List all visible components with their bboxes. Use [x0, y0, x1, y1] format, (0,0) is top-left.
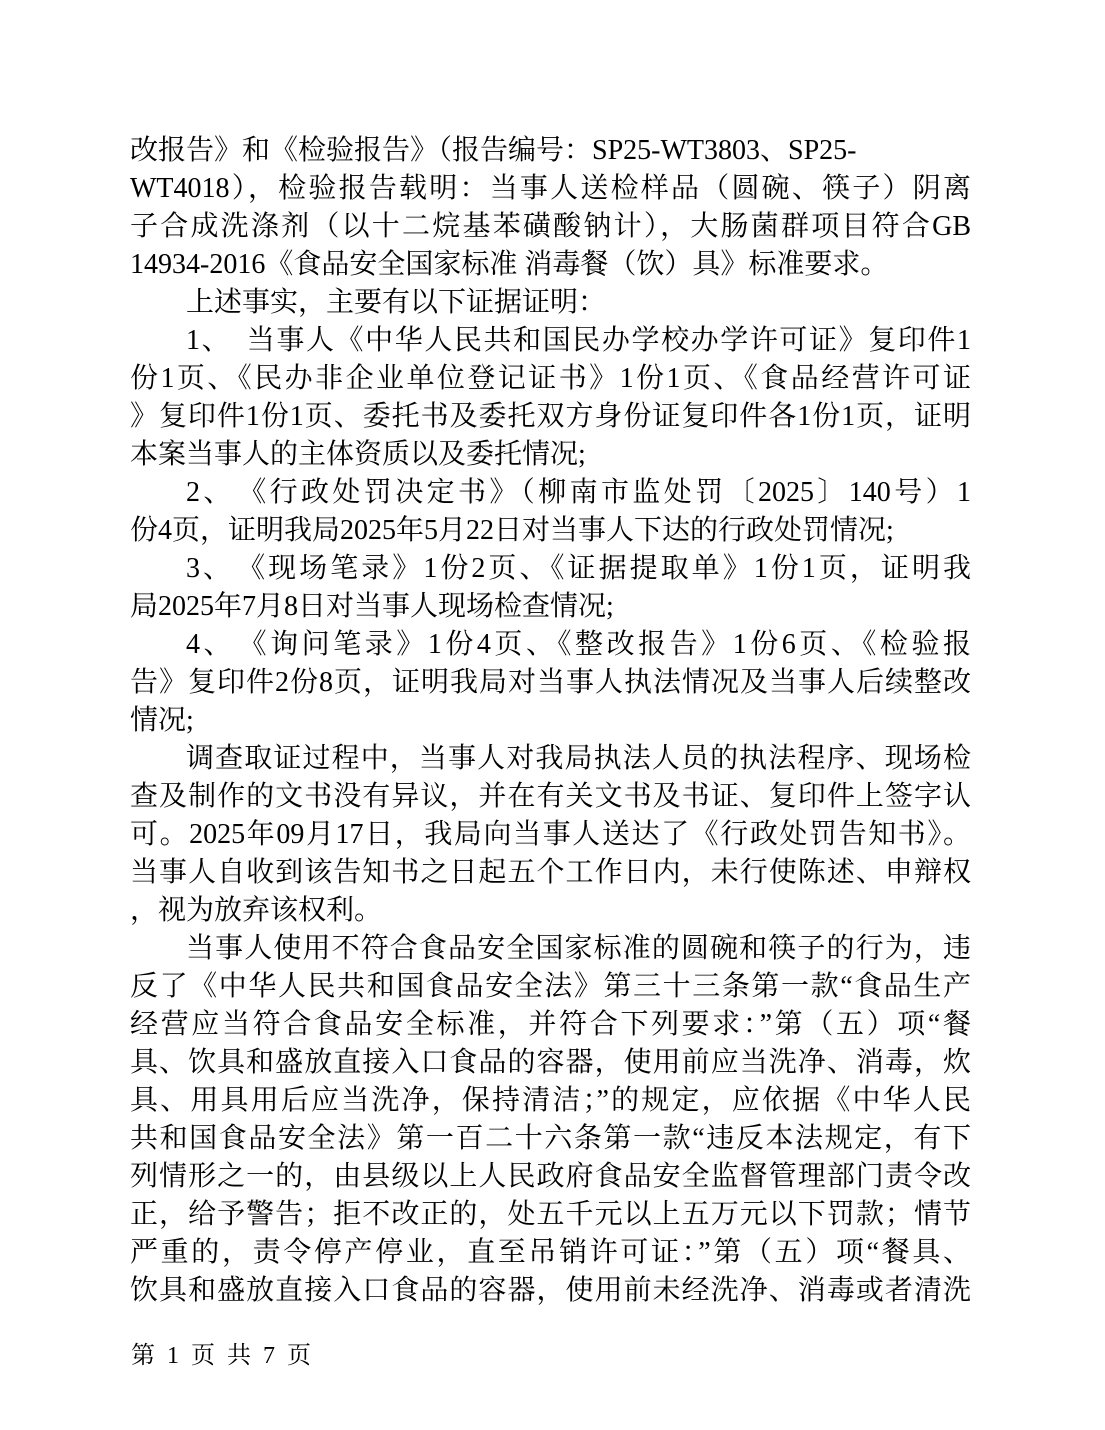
- text-line: 反了《中华人民共和国食品安全法》第三十三条第一款“食品生产: [130, 968, 971, 1006]
- paragraph: 4、 《询问笔录》1份4页、《整改报告》1份6页、《检验报告》复印件2份8页，证…: [130, 626, 971, 740]
- text-line: 经营应当符合食品安全标准，并符合下列要求：”第（五）项“餐: [130, 1006, 971, 1044]
- text-line: 当事人使用不符合食品安全国家标准的圆碗和筷子的行为，违: [130, 930, 971, 968]
- text-line: 具、用具用后应当洗净，保持清洁；”的规定，应依据《中华人民: [130, 1082, 971, 1120]
- paragraph: 3、 《现场笔录》1份2页、《证据提取单》1份1页，证明我局2025年7月8日对…: [130, 550, 971, 626]
- paragraph: 调查取证过程中，当事人对我局执法人员的执法程序、现场检查及制作的文书没有异议，并…: [130, 740, 971, 930]
- text-line: 4、 《询问笔录》1份4页、《整改报告》1份6页、《检验报: [130, 626, 971, 664]
- text-line: 3、 《现场笔录》1份2页、《证据提取单》1份1页，证明我: [130, 550, 971, 588]
- text-line: 上述事实，主要有以下证据证明：: [130, 284, 971, 322]
- text-line: 1、 当事人《中华人民共和国民办学校办学许可证》复印件1: [130, 322, 971, 360]
- text-line: 列情形之一的，由县级以上人民政府食品安全监督管理部门责令改: [130, 1158, 971, 1196]
- text-line: 查及制作的文书没有异议，并在有关文书及书证、复印件上签字认: [130, 778, 971, 816]
- text-line: 本案当事人的主体资质以及委托情况;: [130, 436, 971, 474]
- document-page: 改报告》和《检验报告》（报告编号：SP25-WT3803、SP25-WT4018…: [0, 0, 1105, 1430]
- text-line: 具、饮具和盛放直接入口食品的容器，使用前应当洗净、消毒，炊: [130, 1044, 971, 1082]
- paragraph: 改报告》和《检验报告》（报告编号：SP25-WT3803、SP25-WT4018…: [130, 132, 971, 284]
- text-line: 告》复印件2份8页，证明我局对当事人执法情况及当事人后续整改: [130, 664, 971, 702]
- paragraph: 1、 当事人《中华人民共和国民办学校办学许可证》复印件1份1页、《民办非企业单位…: [130, 322, 971, 474]
- text-line: 当事人自收到该告知书之日起五个工作日内，未行使陈述、申辩权: [130, 854, 971, 892]
- text-line: 情况;: [130, 702, 971, 740]
- text-line: 改报告》和《检验报告》（报告编号：SP25-WT3803、SP25-: [130, 132, 971, 170]
- text-line: 严重的，责令停产停业，直至吊销许可证：”第（五）项“餐具、: [130, 1234, 971, 1272]
- text-line: 正，给予警告；拒不改正的，处五千元以上五万元以下罚款；情节: [130, 1196, 971, 1234]
- text-line: 可。2025年09月17日，我局向当事人送达了《行政处罚告知书》。: [130, 816, 971, 854]
- text-line: 14934-2016《食品安全国家标准 消毒餐（饮）具》标准要求。: [130, 246, 971, 284]
- text-line: 》复印件1份1页、委托书及委托双方身份证复印件各1份1页，证明: [130, 398, 971, 436]
- text-line: 份1页、《民办非企业单位登记证书》1份1页、《食品经营许可证: [130, 360, 971, 398]
- text-line: WT4018），检验报告载明：当事人送检样品（圆碗、筷子）阴离: [130, 170, 971, 208]
- paragraph: 2、 《行政处罚决定书》（柳南市监处罚〔2025〕140号）1份4页，证明我局2…: [130, 474, 971, 550]
- text-line: 调查取证过程中，当事人对我局执法人员的执法程序、现场检: [130, 740, 971, 778]
- document-body: 改报告》和《检验报告》（报告编号：SP25-WT3803、SP25-WT4018…: [130, 132, 971, 1310]
- text-line: 局2025年7月8日对当事人现场检查情况;: [130, 588, 971, 626]
- text-line: 饮具和盛放直接入口食品的容器，使用前未经洗净、消毒或者清洗: [130, 1272, 971, 1310]
- text-line: 子合成洗涤剂（以十二烷基苯磺酸钠计），大肠菌群项目符合GB: [130, 208, 971, 246]
- text-line: 2、 《行政处罚决定书》（柳南市监处罚〔2025〕140号）1: [130, 474, 971, 512]
- paragraph: 当事人使用不符合食品安全国家标准的圆碗和筷子的行为，违反了《中华人民共和国食品安…: [130, 930, 971, 1310]
- text-line: 共和国食品安全法》第一百二十六条第一款“违反本法规定，有下: [130, 1120, 971, 1158]
- text-line: 份4页，证明我局2025年5月22日对当事人下达的行政处罚情况;: [130, 512, 971, 550]
- page-footer: 第 1 页 共 7 页: [131, 1340, 314, 1372]
- text-line: ，视为放弃该权利。: [130, 892, 971, 930]
- paragraph: 上述事实，主要有以下证据证明：: [130, 284, 971, 322]
